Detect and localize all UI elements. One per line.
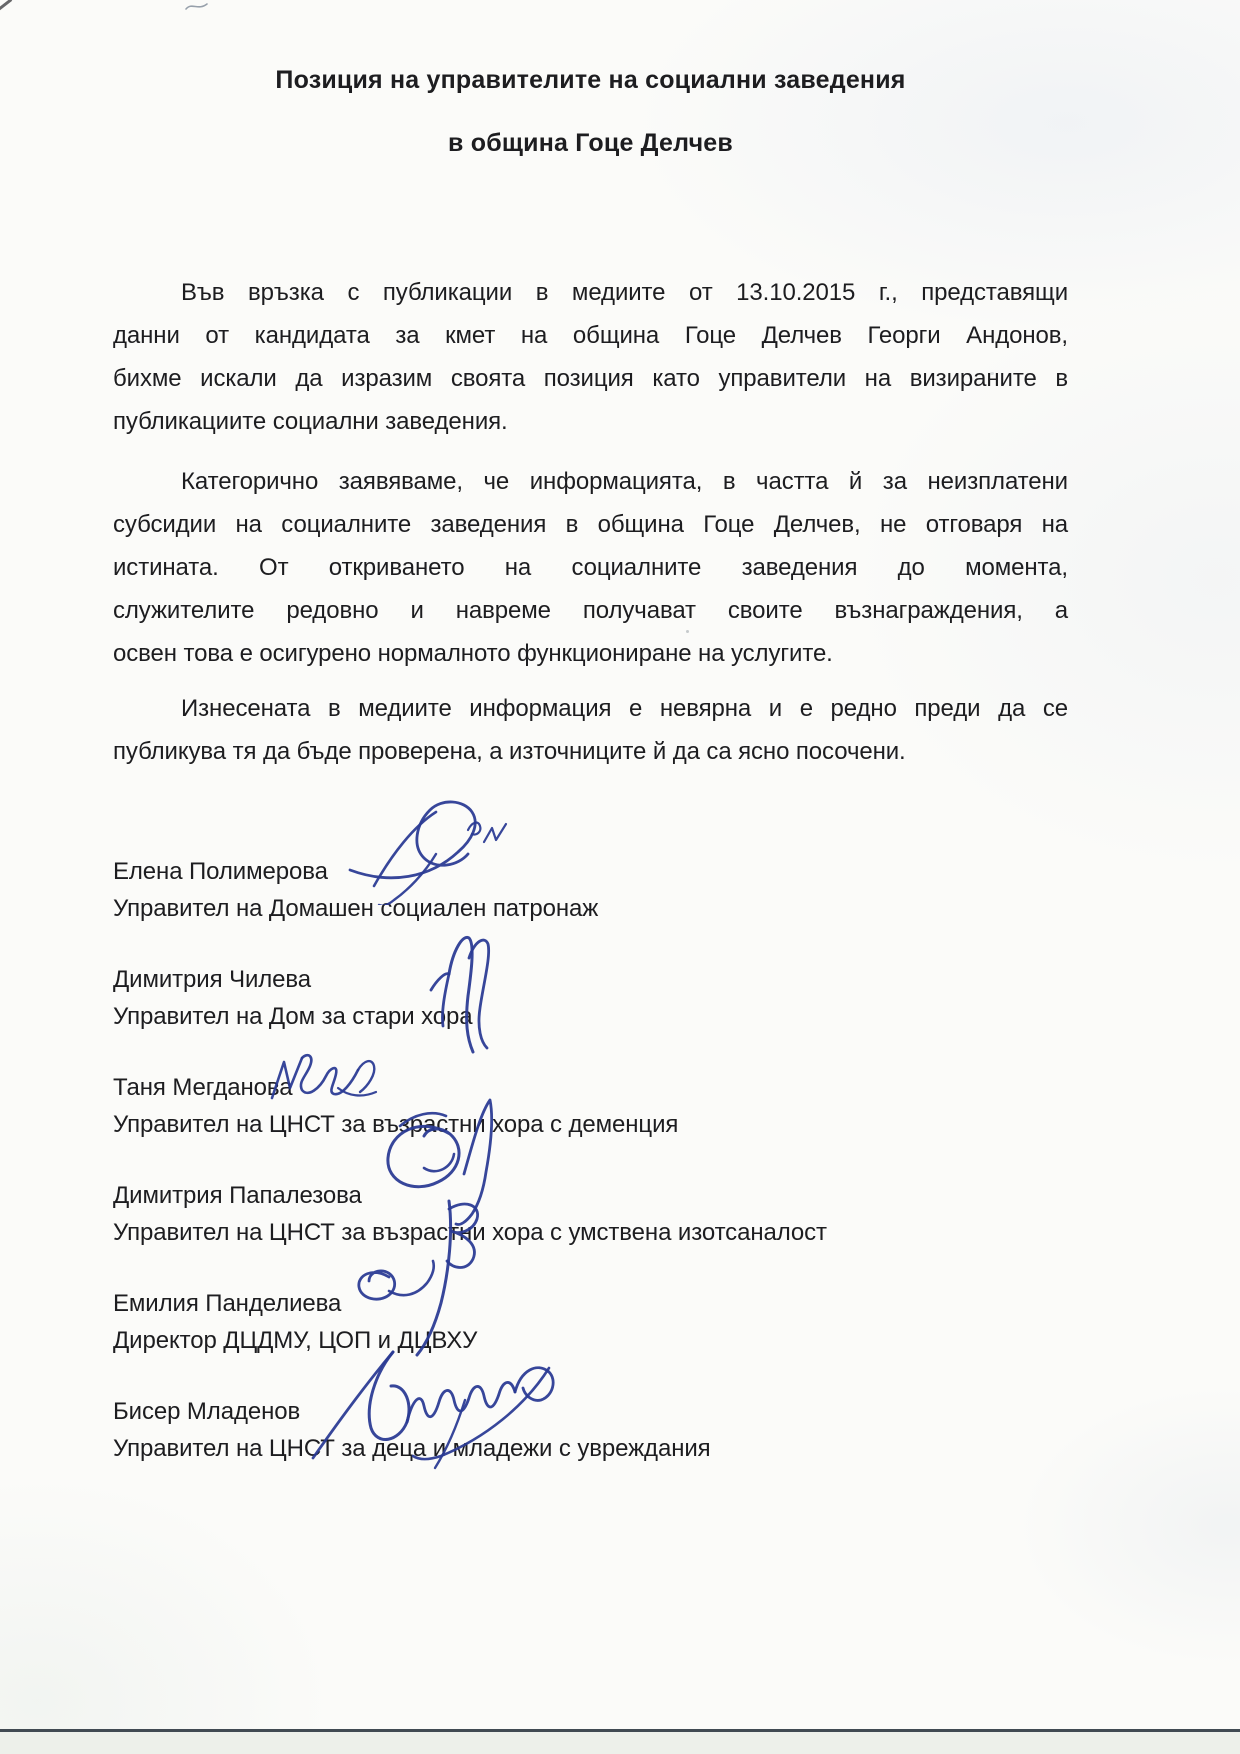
document-title-line-1: Позиция на управителите на социални заве… <box>113 64 1068 96</box>
signatory-block: Бисер Младенов Управител на ЦНСТ за деца… <box>113 1393 1068 1467</box>
paragraph-3-line: публикува тя да бъде проверена, а източн… <box>113 730 1068 773</box>
signatory-name: Бисер Младенов <box>113 1393 1068 1430</box>
signatory-title: Управител на Домашен социален патронаж <box>113 890 1068 927</box>
document-title-line-2: в община Гоце Делчев <box>113 127 1068 159</box>
signatory-block: Димитрия Папалезова Управител на ЦНСТ за… <box>113 1177 1068 1251</box>
signatory-name: Емилия Панделиева <box>113 1285 1068 1322</box>
signatory-name: Димитрия Папалезова <box>113 1177 1068 1214</box>
paragraph-1-line: публикациите социални заведения. <box>113 400 1068 443</box>
paragraph-3: Изнесената в медиите информация е невярн… <box>113 687 1068 773</box>
paragraph-2: Категорично заявяваме, че информацията, … <box>113 460 1068 675</box>
scan-below-page-edge <box>0 1732 1240 1754</box>
signatory-title: Управител на ЦНСТ за възрастни хора с де… <box>113 1106 1068 1143</box>
signatory-name: Елена Полимерова <box>113 853 1068 890</box>
signatory-block: Емилия Панделиева Директор ДЦДМУ, ЦОП и … <box>113 1285 1068 1359</box>
signatories-list: Елена Полимерова Управител на Домашен со… <box>113 853 1068 1467</box>
scan-speck-squiggle <box>184 0 210 14</box>
paragraph-2-line: субсидии на социалните заведения в общин… <box>113 503 1068 546</box>
paragraph-2-line: истината. От откриването на социалните з… <box>113 546 1068 589</box>
paragraph-3-line: Изнесената в медиите информация е невярн… <box>113 687 1068 730</box>
signatory-title: Управител на ЦНСТ за деца и младежи с ув… <box>113 1430 1068 1467</box>
scan-speck-dot <box>686 630 689 633</box>
paragraph-1-line: бихме искали да изразим своята позиция к… <box>113 357 1068 400</box>
paragraph-2-line: освен това е осигурено нормалното функци… <box>113 632 1068 675</box>
signatory-title: Управител на Дом за стари хора <box>113 998 1068 1035</box>
scanned-document-page: Позиция на управителите на социални заве… <box>0 0 1240 1754</box>
paragraph-1-line: Във връзка с публикации в медиите от 13.… <box>113 271 1068 314</box>
signatory-block: Елена Полимерова Управител на Домашен со… <box>113 853 1068 927</box>
signatory-block: Таня Мегданова Управител на ЦНСТ за възр… <box>113 1069 1068 1143</box>
paragraph-1-line: данни от кандидата за кмет на община Гоц… <box>113 314 1068 357</box>
signatory-title: Управител на ЦНСТ за възрастни хора с ум… <box>113 1214 1068 1251</box>
signatory-name: Димитрия Чилева <box>113 961 1068 998</box>
signatory-block: Димитрия Чилева Управител на Дом за стар… <box>113 961 1068 1035</box>
paragraph-2-line: Категорично заявяваме, че информацията, … <box>113 460 1068 503</box>
signatory-name: Таня Мегданова <box>113 1069 1068 1106</box>
paragraph-2-line: служителите редовно и навреме получават … <box>113 589 1068 632</box>
paragraph-1: Във връзка с публикации в медиите от 13.… <box>113 271 1068 443</box>
scan-speck-corner <box>0 0 12 11</box>
scan-speck-dot <box>990 372 994 375</box>
document-content: Позиция на управителите на социални заве… <box>113 0 1068 1501</box>
signatory-title: Директор ДЦДМУ, ЦОП и ДЦВХУ <box>113 1322 1068 1359</box>
